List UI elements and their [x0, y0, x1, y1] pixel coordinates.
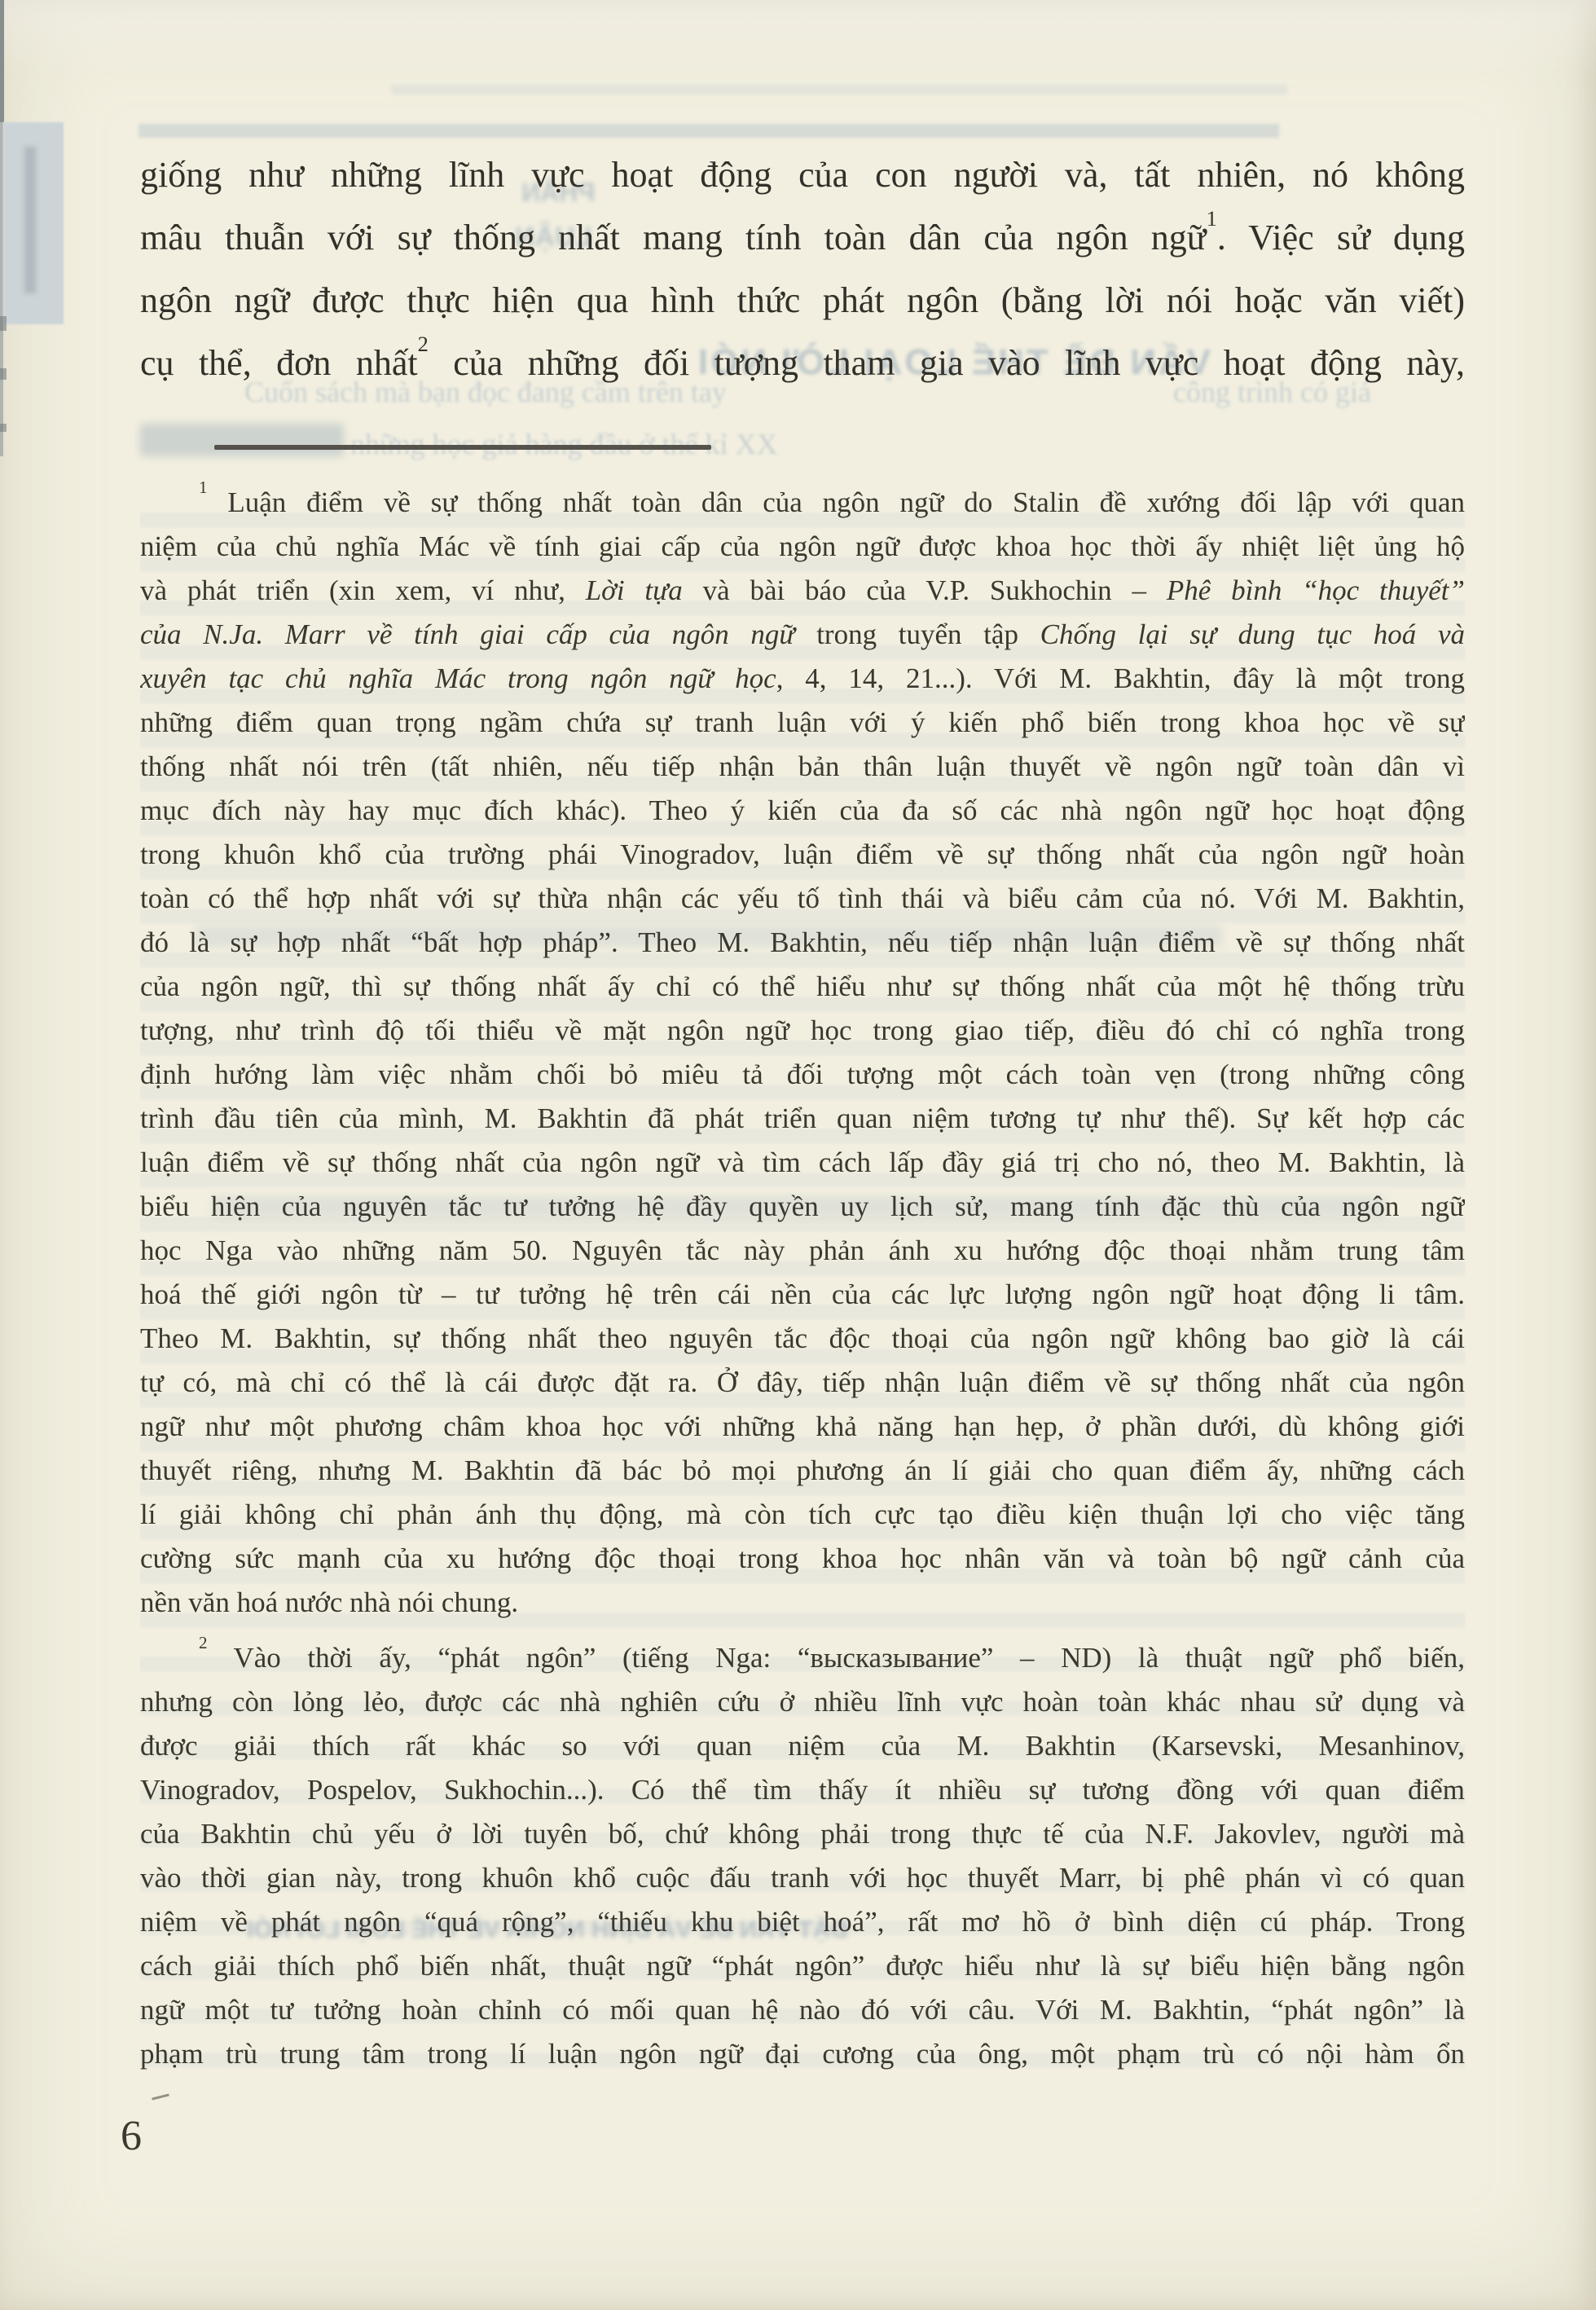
- footnote-1-block: 1 Luận điểm về sự thống nhất toàn dân củ…: [140, 481, 1465, 1625]
- text-line: tượng, như trình độ tối thiểu về mặt ngô…: [140, 1009, 1465, 1053]
- footnote-2-block: 2 Vào thời ấy, “phát ngôn” (tiếng Nga: “…: [140, 1636, 1465, 2076]
- text-line: giống như những lĩnh vực hoạt động của c…: [140, 143, 1465, 206]
- text-line: thuyết riêng, nhưng M. Bakhtin đã bác bỏ…: [140, 1449, 1465, 1493]
- bleed-through-band: [138, 124, 1279, 138]
- text-line: 1 Luận điểm về sự thống nhất toàn dân củ…: [140, 481, 1465, 525]
- text-line: cách giải thích phổ biến nhất, thuật ngữ…: [140, 1944, 1465, 1988]
- text-line: Theo M. Bakhtin, sự thống nhất theo nguy…: [140, 1317, 1465, 1361]
- book-page: PHẦN LUẬN VẤN ĐỀ THỂ LOẠI LỜI NÓI Cuốn s…: [0, 0, 1596, 2310]
- text-line: trong khuôn khổ của trường phái Vinograd…: [140, 833, 1465, 877]
- text-line: 2 Vào thời ấy, “phát ngôn” (tiếng Nga: “…: [140, 1636, 1465, 1680]
- scan-edge-line-dark: [0, 0, 4, 122]
- text-line: hoá thế giới ngôn từ – tư tưởng hệ trên …: [140, 1273, 1465, 1317]
- page-number: 6: [121, 2112, 142, 2160]
- text-line: thống nhất nói trên (tất nhiên, nếu tiếp…: [140, 745, 1465, 789]
- bleed-through-line: những học giả hàng đầu ở thế kỉ XX: [350, 427, 777, 461]
- text-line: ngôn ngữ được thực hiện qua hình thức ph…: [140, 269, 1465, 332]
- text-line: học Nga vào những năm 50. Nguyên tắc này…: [140, 1229, 1465, 1273]
- scan-edge-mark: [0, 368, 7, 380]
- text-line: mục đích này hay mục đích khác). Theo ý …: [140, 789, 1465, 833]
- text-line: định hướng làm việc nhằm chối bỏ miêu tả…: [140, 1053, 1465, 1097]
- text-line: những điểm quan trọng ngầm chứa sự tranh…: [140, 701, 1465, 745]
- text-line: Vinogradov, Pospelov, Sukhochin...). Có …: [140, 1768, 1465, 1812]
- text-line: nền văn hoá nước nhà nói chung.: [140, 1581, 1465, 1625]
- bleed-through-tab: [3, 122, 64, 324]
- text-line: được giải thích rất khác so với quan niệ…: [140, 1724, 1465, 1768]
- footnote-separator: [214, 445, 711, 450]
- text-line: vào thời gian này, trong khuôn khổ cuộc …: [140, 1856, 1465, 1900]
- text-line: và phát triển (xin xem, ví như, Lời tựa …: [140, 569, 1465, 613]
- text-line: của N.Ja. Marr về tính giai cấp của ngôn…: [140, 613, 1465, 657]
- text-line: mâu thuẫn với sự thống nhất mang tính to…: [140, 206, 1465, 269]
- text-line: ngữ như một phương châm khoa học với nhữ…: [140, 1405, 1465, 1449]
- text-line: của ngôn ngữ, thì sự thống nhất ấy chỉ c…: [140, 965, 1465, 1009]
- text-line: xuyên tạc chủ nghĩa Mác trong ngôn ngữ h…: [140, 657, 1465, 701]
- text-line: nhưng còn lỏng lẻo, được các nhà nghiên …: [140, 1680, 1465, 1724]
- text-line: niệm về phát ngôn “quá rộng”, “thiếu khu…: [140, 1900, 1465, 1944]
- text-line: của Bakhtin chủ yếu ở lời tuyên bố, chứ …: [140, 1812, 1465, 1856]
- bleed-through-smudge: [140, 424, 344, 456]
- text-line: niệm của chủ nghĩa Mác về tính giai cấp …: [140, 525, 1465, 569]
- text-line: cường sức mạnh của xu hướng độc thoại tr…: [140, 1537, 1465, 1581]
- text-line: biểu hiện của nguyên tắc tư tưởng hệ đầy…: [140, 1185, 1465, 1229]
- scan-edge-mark: [0, 424, 7, 432]
- text-line: đó là sự hợp nhất “bất hợp pháp”. Theo M…: [140, 921, 1465, 965]
- text-line: tự có, mà chỉ có thể là cái được đặt ra.…: [140, 1361, 1465, 1405]
- text-line: cụ thể, đơn nhất2 của những đối tượng th…: [140, 332, 1465, 394]
- text-line: trình đầu tiên của mình, M. Bakhtin đã p…: [140, 1097, 1465, 1141]
- text-line: luận điểm về sự thống nhất của ngôn ngữ …: [140, 1141, 1465, 1185]
- main-text-block: giống như những lĩnh vực hoạt động của c…: [140, 143, 1465, 394]
- text-line: lí giải không chỉ phản ánh thụ động, mà …: [140, 1493, 1465, 1537]
- scan-stray-mark: [152, 2093, 169, 2100]
- text-line: toàn có thể hợp nhất với sự thừa nhận cá…: [140, 877, 1465, 921]
- text-line: phạm trù trung tâm trong lí luận ngôn ng…: [140, 2032, 1465, 2076]
- scan-edge-mark: [0, 316, 7, 331]
- text-line: ngữ một tư tưởng hoàn chỉnh có mối quan …: [140, 1988, 1465, 2032]
- bleed-through-band: [391, 85, 1287, 95]
